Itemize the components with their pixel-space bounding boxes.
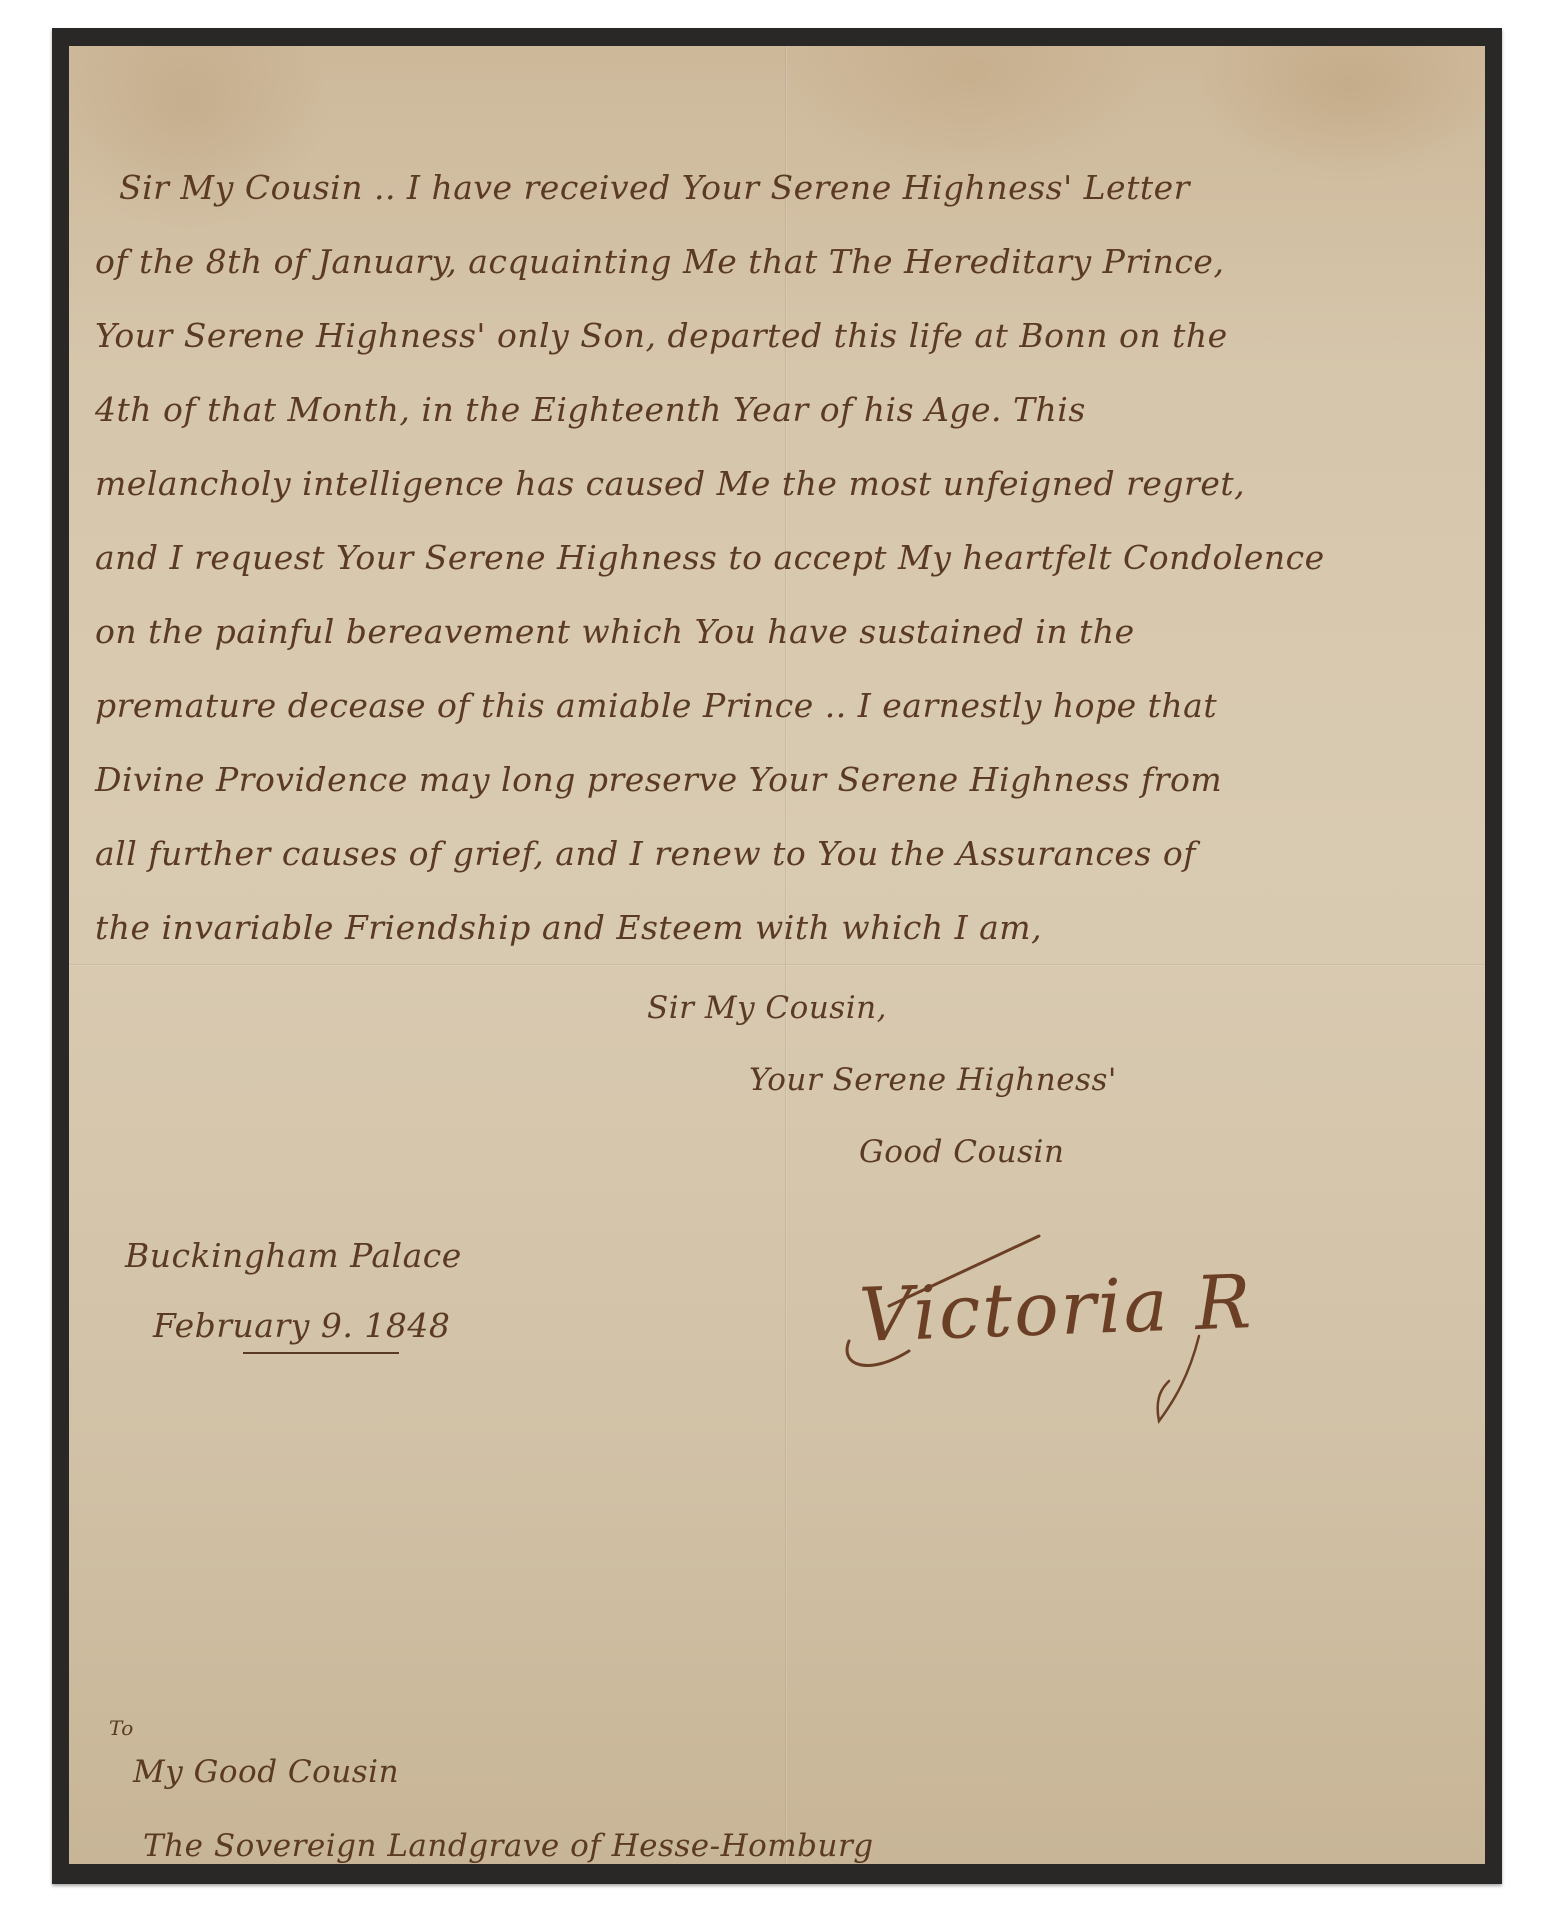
- closing-line-1: Sir My Cousin,: [647, 990, 887, 1026]
- letter-body-line: Your Serene Highness' only Son, departed…: [95, 316, 1228, 355]
- address-to-label: To: [109, 1716, 134, 1740]
- letter-body-line: of the 8th of January, acquainting Me th…: [95, 242, 1224, 281]
- letter-body-line: and I request Your Serene Highness to ac…: [95, 538, 1325, 577]
- closing-line-3: Good Cousin: [859, 1134, 1064, 1170]
- letter-body-line: the invariable Friendship and Esteem wit…: [95, 908, 1042, 947]
- address-line-1: My Good Cousin: [133, 1754, 399, 1790]
- letter-body-line: all further causes of grief, and I renew…: [95, 834, 1196, 873]
- signature-flourish-icon: [829, 1226, 1269, 1426]
- closing-line-2: Your Serene Highness': [749, 1062, 1117, 1098]
- place-of-writing: Buckingham Palace: [125, 1236, 462, 1275]
- letter-body-line: Divine Providence may long preserve Your…: [95, 760, 1222, 799]
- letter-body-line: on the painful bereavement which You hav…: [95, 612, 1135, 651]
- letter-body-line: Sir My Cousin .. I have received Your Se…: [119, 168, 1190, 207]
- date-underline: [243, 1352, 399, 1354]
- horizontal-fold-line: [69, 964, 1485, 966]
- letter-paper: Sir My Cousin .. I have received Your Se…: [69, 46, 1485, 1864]
- letter-body-line: melancholy intelligence has caused Me th…: [95, 464, 1245, 503]
- document-frame: Sir My Cousin .. I have received Your Se…: [52, 28, 1502, 1884]
- letter-date: February 9. 1848: [153, 1306, 450, 1345]
- address-line-2: The Sovereign Landgrave of Hesse-Homburg: [143, 1828, 874, 1864]
- letter-body-line: premature decease of this amiable Prince…: [95, 686, 1217, 725]
- letter-body-line: 4th of that Month, in the Eighteenth Yea…: [95, 390, 1086, 429]
